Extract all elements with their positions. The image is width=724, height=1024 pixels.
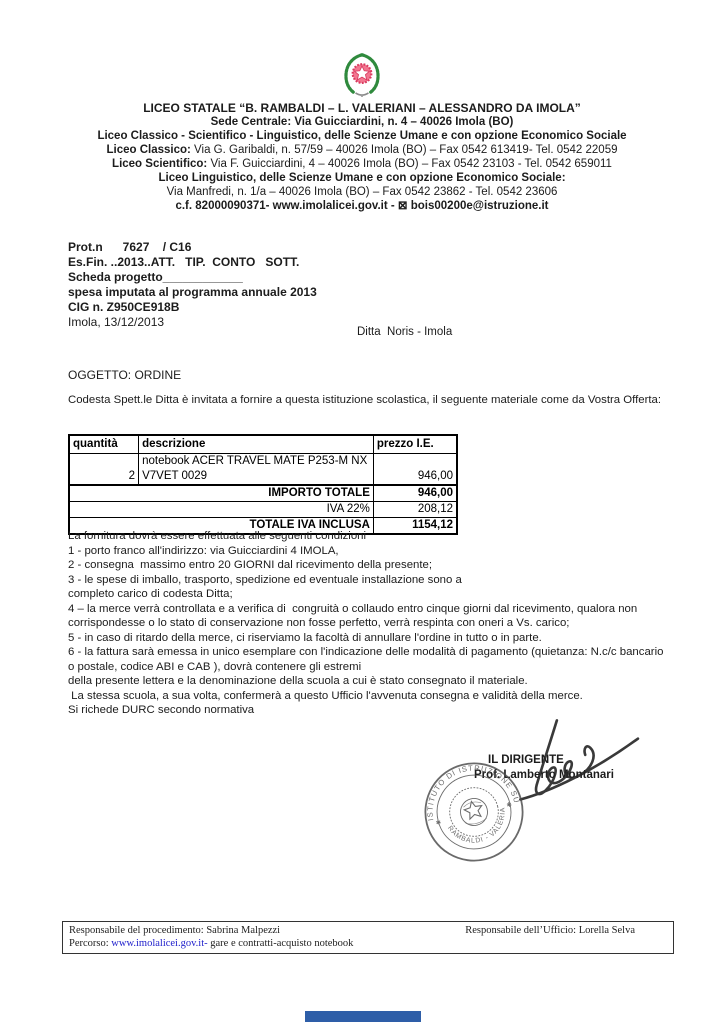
iva-row: IVA 22% 208,12 [69, 502, 457, 518]
condition-line: della presente lettera e la denominazion… [68, 674, 672, 689]
scheda-progetto-line: Scheda progetto____________ [68, 270, 317, 285]
liceo-classico-label: Liceo Classico: [106, 144, 190, 156]
licei-line: Liceo Classico - Scientifico - Linguisti… [0, 129, 724, 143]
document-page: LICEO STATALE “B. RAMBALDI – L. VALERIAN… [0, 0, 724, 1024]
sede-centrale-line: Sede Centrale: Via Guicciardini, n. 4 – … [0, 115, 724, 129]
importo-totale-row: IMPORTO TOTALE 946,00 [69, 485, 457, 502]
col-header-descrizione: descrizione [139, 435, 374, 454]
liceo-classico-line: Liceo Classico: Via G. Garibaldi, n. 57/… [0, 143, 724, 157]
intro-paragraph: Codesta Spett.le Ditta è invitata a forn… [68, 393, 672, 408]
responsabile-procedimento: Responsabile del procedimento: Sabrina M… [69, 924, 280, 937]
fiscal-code-line: c.f. 82000090371- www.imolalicei.gov.it … [0, 199, 724, 213]
cig-line: CIG n. Z950CE918B [68, 300, 317, 315]
condition-line: 5 - in caso di ritardo della merce, ci r… [68, 631, 672, 646]
col-header-prezzo: prezzo I.E. [373, 435, 457, 454]
cf-text: c.f. 82000090371- www.imolalicei.gov.it … [175, 200, 397, 212]
table-header-row: quantità descrizione prezzo I.E. [69, 435, 457, 454]
esfin-line: Es.Fin. ..2013..ATT. TIP. CONTO SOTT. [68, 255, 317, 270]
order-table: quantità descrizione prezzo I.E. 2 noteb… [68, 434, 458, 535]
letterhead: LICEO STATALE “B. RAMBALDI – L. VALERIAN… [0, 101, 724, 213]
conditions-block: La fornitura dovrà essere effettuata all… [68, 529, 672, 718]
italy-emblem-icon [340, 52, 384, 98]
condition-line: 6 - la fattura sarà emessa in unico esem… [68, 645, 672, 674]
col-header-quantita: quantità [69, 435, 139, 454]
school-email: bois00200e@istruzione.it [408, 200, 549, 212]
subject-line: OGGETTO: ORDINE [68, 368, 181, 382]
percorso-label: Percorso: [69, 938, 111, 949]
condition-line: 4 – la merce verrà controllata e a verif… [68, 602, 672, 631]
item-description: notebook ACER TRAVEL MATE P253-M NX V7VE… [139, 454, 374, 486]
responsabile-ufficio: Responsabile dell’Ufficio: Lorella Selva [465, 924, 667, 937]
liceo-linguistico-line: Liceo Linguistico, delle Scienze Umane e… [0, 171, 724, 185]
spesa-line: spesa imputata al programma annuale 2013 [68, 285, 317, 300]
iva-value: 208,12 [373, 502, 457, 518]
footer-row-2: Percorso: www.imolalicei.gov.it- gare e … [69, 937, 667, 950]
bottom-blue-bar [305, 1011, 421, 1022]
condition-line: 3 - le spese di imballo, trasporto, sped… [68, 573, 672, 588]
condition-line: Si richede DURC secondo normativa [68, 703, 672, 718]
school-name: LICEO STATALE “B. RAMBALDI – L. VALERIAN… [0, 101, 724, 115]
item-price: 946,00 [373, 454, 457, 486]
liceo-scientifico-label: Liceo Scientifico: [112, 158, 207, 170]
condition-line: 2 - consegna massimo entro 20 GIORNI dal… [68, 558, 672, 573]
recipient: Ditta Noris - Imola [357, 326, 452, 338]
condition-line: 1 - porto franco all'indirizzo: via Guic… [68, 544, 672, 559]
envelope-icon: ⊠ [398, 200, 408, 212]
liceo-scientifico-line: Liceo Scientifico: Via F. Guicciardini, … [0, 157, 724, 171]
date-line: Imola, 13/12/2013 [68, 315, 317, 330]
importo-totale-label: IMPORTO TOTALE [69, 485, 373, 502]
item-quantity: 2 [69, 454, 139, 486]
footer-row-1: Responsabile del procedimento: Sabrina M… [69, 924, 667, 937]
iva-label: IVA 22% [69, 502, 373, 518]
protocol-block: Prot.n 7627 / C16 Es.Fin. ..2013..ATT. T… [68, 240, 317, 330]
protocol-number-line: Prot.n 7627 / C16 [68, 240, 317, 255]
condition-line: La fornitura dovrà essere effettuata all… [68, 529, 672, 544]
liceo-scientifico-address: Via F. Guicciardini, 4 – 40026 Imola (BO… [207, 158, 612, 170]
condition-line: completo carico di codesta Ditta; [68, 587, 672, 602]
stamp-star-right-icon: ✱ [506, 801, 513, 809]
importo-totale-value: 946,00 [373, 485, 457, 502]
website-link[interactable]: www.imolalicei.gov.it- [111, 938, 207, 949]
item-row: 2 notebook ACER TRAVEL MATE P253-M NX V7… [69, 454, 457, 486]
footer-box: Responsabile del procedimento: Sabrina M… [62, 921, 674, 954]
liceo-classico-address: Via G. Garibaldi, n. 57/59 – 40026 Imola… [191, 144, 618, 156]
stamp-center-star-icon [463, 799, 485, 820]
condition-line: La stessa scuola, a sua volta, confermer… [68, 689, 672, 704]
stamp-star-left-icon: ✱ [435, 819, 442, 827]
via-manfredi-line: Via Manfredi, n. 1/a – 40026 Imola (BO) … [0, 185, 724, 199]
percorso-rest: gare e contratti-acquisto notebook [208, 938, 354, 949]
